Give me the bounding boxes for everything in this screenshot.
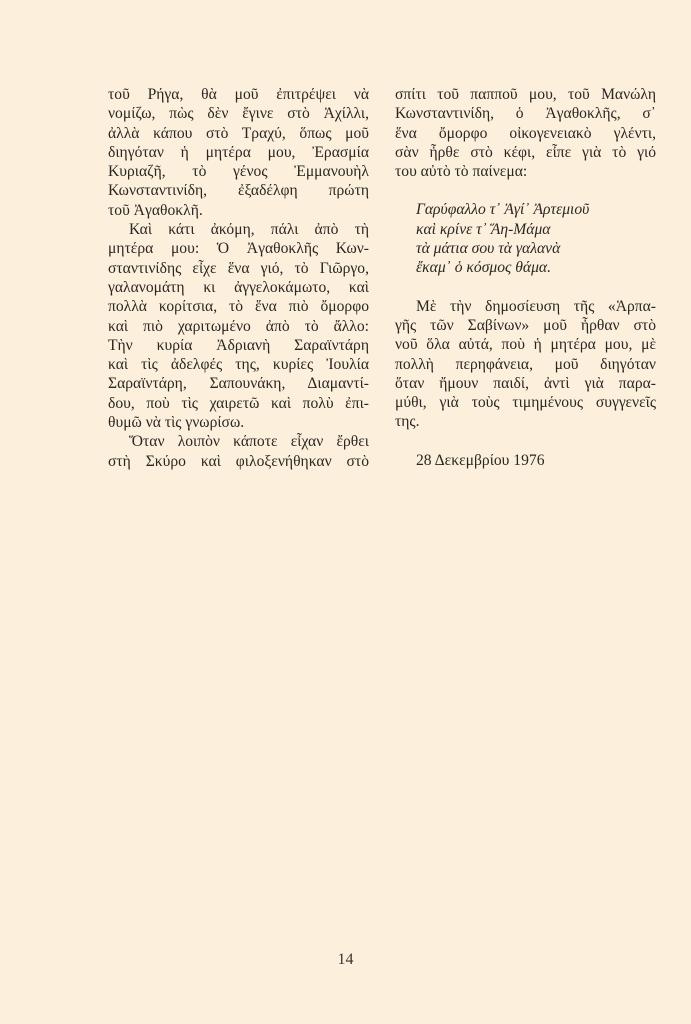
text-line: δου, ποὺ τὶς χαιρετῶ καὶ πολὺ ἐπι-	[108, 394, 369, 413]
text-line: Κυριαζῆ, τὸ γένος Ἐμμανουὴλ	[108, 162, 369, 181]
right-text-column: σπίτι τοῦ παπποῦ μου, τοῦ Μανώλη Κωνσταν…	[395, 85, 656, 470]
text-line: Τὴν κυρία Ἀδριανὴ Σαραϊντάρη	[108, 336, 369, 355]
text-line: καὶ τὶς ἀδελφές της, κυρίες Ἰουλία	[108, 355, 369, 374]
poem-line: καὶ κρίνε τ᾿ Ἅη-Μάμα	[416, 220, 656, 239]
paragraph-publication: Μὲ τὴν δημοσίευση τῆς «Ἁρπα- γῆς τῶν Σαβ…	[395, 297, 656, 432]
text-line: θυμῶ νὰ τὶς γνωρίσω.	[108, 413, 369, 432]
text-line: της.	[395, 412, 656, 431]
poem-line: ἔκαμ᾿ ὁ κόσμος θάμα.	[416, 258, 656, 277]
text-line: σταντινίδης εἶχε ἕνα γιό, τὸ Γιῶργο,	[108, 259, 369, 278]
text-line: Κωνσταντινίδη, ὁ Ἀγαθοκλῆς, σ᾿	[395, 104, 656, 123]
text-line: νομίζω, πὼς δὲν ἔγινε στὸ Ἀχίλλι,	[108, 104, 369, 123]
paragraph-house-feast: σπίτι τοῦ παπποῦ μου, τοῦ Μανώλη Κωνσταν…	[395, 85, 656, 181]
text-line: γαλανομάτη κι ἀγγελοκάμωτο, καὶ	[108, 278, 369, 297]
paragraph-continuation: τοῦ Ρήγα, θὰ μοῦ ἐπιτρέψει νὰ νομίζω, πὼ…	[108, 85, 369, 220]
text-line: μητέρα μου: Ὁ Ἀγαθοκλῆς Κων-	[108, 239, 369, 258]
text-line: στὴ Σκύρο καὶ φιλοξενήθηκαν στὸ	[108, 452, 369, 471]
text-line: του αὐτὸ τὸ παίνεμα:	[395, 162, 656, 181]
text-line: Σαραϊντάρη, Σαπουνάκη, Διαμαντί-	[108, 374, 369, 393]
text-line: καὶ πιὸ χαριτωμένο ἀπὸ τὸ ἄλλο:	[108, 317, 369, 336]
text-line: πολλὰ κορίτσια, τὸ ἕνα πιὸ ὄμορφο	[108, 297, 369, 316]
book-page: τοῦ Ρήγα, θὰ μοῦ ἐπιτρέψει νὰ νομίζω, πὼ…	[0, 0, 691, 1024]
left-text-column: τοῦ Ρήγα, θὰ μοῦ ἐπιτρέψει νὰ νομίζω, πὼ…	[108, 85, 369, 471]
text-line: Καὶ κάτι ἀκόμη, πάλι ἀπὸ τὴ	[108, 220, 369, 239]
poem-verse: Γαρύφαλλο τ᾿ Ἁγί᾿ Ἀρτεμιοῦ καὶ κρίνε τ᾿ …	[395, 200, 656, 277]
paragraph-skyros-visit: Ὅταν λοιπὸν κάποτε εἶχαν ἔρθει στὴ Σκύρο…	[108, 432, 369, 471]
page-number: 14	[0, 951, 691, 969]
text-line: τοῦ Ἀγαθοκλῆ.	[108, 201, 369, 220]
text-line: διηγόταν ἡ μητέρα μου, Ἐρασμία	[108, 143, 369, 162]
paragraph-agathoklis-family: Καὶ κάτι ἀκόμη, πάλι ἀπὸ τὴ μητέρα μου: …	[108, 220, 369, 432]
text-line: ἕνα ὄμορφο οἰκογενειακὸ γλέντι,	[395, 124, 656, 143]
text-line: Μὲ τὴν δημοσίευση τῆς «Ἁρπα-	[395, 297, 656, 316]
poem-line: Γαρύφαλλο τ᾿ Ἁγί᾿ Ἀρτεμιοῦ	[416, 200, 656, 219]
text-line: μύθι, γιὰ τοὺς τιμημένους συγγενεῖς	[395, 393, 656, 412]
text-line: τοῦ Ρήγα, θὰ μοῦ ἐπιτρέψει νὰ	[108, 85, 369, 104]
text-line: σπίτι τοῦ παπποῦ μου, τοῦ Μανώλη	[395, 85, 656, 104]
date-signature: 28 Δεκεμβρίου 1976	[395, 451, 656, 470]
text-line: γῆς τῶν Σαβίνων» μοῦ ἦρθαν στὸ	[395, 316, 656, 335]
text-line: νοῦ ὅλα αὐτά, ποὺ ἡ μητέρα μου, μὲ	[395, 335, 656, 354]
text-line: σὰν ἦρθε στὸ κέφι, εἶπε γιὰ τὸ γιό	[395, 143, 656, 162]
text-line: ἀλλὰ κάπου στὸ Τραχύ, ὅπως μοῦ	[108, 124, 369, 143]
poem-line: τὰ μάτια σου τὰ γαλανὰ	[416, 239, 656, 258]
text-line: Κωνσταντινίδη, ἐξαδέλφη πρώτη	[108, 181, 369, 200]
text-line: πολλὴ περηφάνεια, μοῦ διηγόταν	[395, 355, 656, 374]
text-line: Ὅταν λοιπὸν κάποτε εἶχαν ἔρθει	[108, 432, 369, 451]
text-line: ὅταν ἤμουν παιδί, ἀντὶ γιὰ παρα-	[395, 374, 656, 393]
